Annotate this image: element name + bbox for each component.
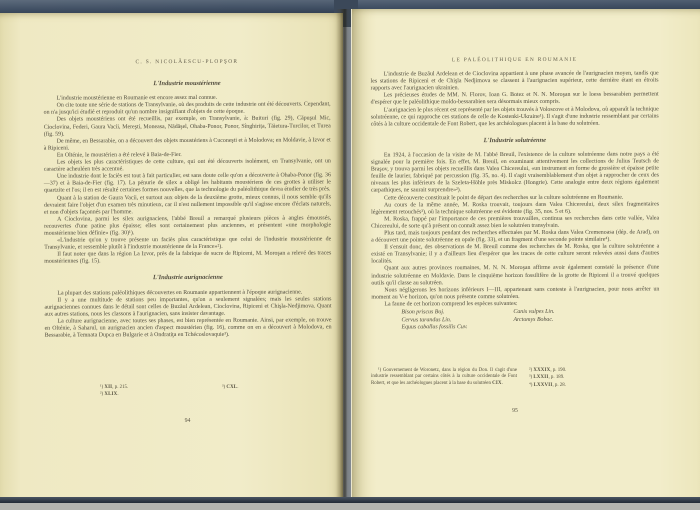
- footnote-column: ³) CXL.: [222, 385, 320, 400]
- paragraph: M. Roska, frappé par l'importance de ces…: [371, 215, 659, 230]
- left-page-number: 94: [44, 418, 331, 424]
- right-running-head: LE PALÉOLITHIQUE EN ROUMANIE: [371, 56, 659, 64]
- paragraph: A Cioclovina, parmi les silex aurignacie…: [44, 215, 331, 238]
- paragraph: En 1924, à l'occasion de la visite de M.…: [371, 151, 659, 195]
- footnote: ⁴) LXXVII, p. 28.: [529, 383, 659, 389]
- left-footnotes: ¹) XII, p. 215. ²) XLIX. ³) CXL.: [100, 385, 320, 400]
- footnote-column: ¹) Gouvernement de Woronetz, dans la rég…: [371, 368, 517, 390]
- fauna-species-list: Bison priscus Boj. Canis vulpes Lin. Cer…: [401, 308, 659, 331]
- footnote: ¹) XII, p. 215.: [100, 385, 222, 391]
- paragraph: Les objets les plus caractéristiques de …: [44, 158, 331, 173]
- footnote: ³) CXL.: [222, 385, 320, 391]
- left-running-head: C. S. NICOLĂESCU-PLOPŞOR: [43, 58, 330, 66]
- paragraph: Des objets moustériens ont été recueilli…: [44, 116, 331, 139]
- section-title-mousterienne: L'Industrie moustérienne: [43, 79, 330, 87]
- paragraph: De même, en Bessarabie, on a découvert d…: [44, 137, 331, 152]
- species-name: Equus caballus fossilis Cuv.: [401, 324, 513, 332]
- species-name: [513, 323, 659, 331]
- scan-background: [0, 503, 700, 510]
- right-page: LE PALÉOLITHIQUE EN ROUMANIE L'industrie…: [351, 9, 700, 502]
- paragraph: Quant aux autres provinces roumaines, M.…: [371, 265, 659, 287]
- section-title-solutreenne: L'Industrie solutréenne: [371, 136, 659, 144]
- book-scan: C. S. NICOLĂESCU-PLOPŞOR L'Industrie mou…: [0, 0, 700, 510]
- footnote: ¹) Gouvernement de Woronetz, dans la rég…: [371, 368, 517, 386]
- footnote-column: ¹) XII, p. 215. ²) XLIX.: [100, 385, 222, 400]
- left-page-text: C. S. NICOLĂESCU-PLOPŞOR L'Industrie mou…: [43, 58, 331, 339]
- paragraph: Il faut noter que dans la région La Izvo…: [44, 251, 331, 266]
- paragraph: La culture aurignacienne, avec toutes se…: [45, 317, 332, 340]
- paragraph: «L'industrie qu'on y trouve présente un …: [44, 236, 331, 251]
- paragraph: Il y a une multitude de stations peu imp…: [44, 296, 331, 319]
- footnote: ²) XLIX.: [100, 392, 222, 398]
- paragraph: Nous négligerons les horizons inférieurs…: [371, 286, 659, 301]
- species-row: Equus caballus fossilis Cuv.: [401, 323, 659, 331]
- left-page: C. S. NICOLĂESCU-PLOPŞOR L'Industrie mou…: [0, 13, 343, 502]
- paragraph: Au cours de la même année, M. Roska trou…: [371, 201, 659, 216]
- right-footnotes: ¹) Gouvernement de Woronetz, dans la rég…: [371, 368, 659, 390]
- paragraph: L'industrie de Buzăul Ardelean et de Cio…: [371, 71, 659, 93]
- section-title-aurignacienne: L'Industrie aurignacienne: [44, 274, 331, 282]
- paragraph: Quant à la station de Gaura Vacii, et su…: [44, 194, 331, 217]
- paragraph: L'aurignacien le plus récent est représe…: [371, 106, 659, 128]
- right-page-number: 95: [371, 408, 659, 414]
- footnote-column: ²) XXXIX, p. 190. ³) LXXII, p. 189. ⁴) L…: [529, 368, 659, 390]
- footnote: ²) XXXIX, p. 190.: [529, 368, 659, 374]
- paragraph: Les précieuses études de MM. N. Florov, …: [371, 92, 659, 107]
- book-gutter-shadow: [336, 9, 354, 502]
- paragraph: Plus tard, mais toujours pendant des rec…: [371, 229, 659, 244]
- paragraph: Il s'ensuit donc, des observations de M.…: [371, 244, 659, 266]
- paragraph: La faune de cet horizon comprend les esp…: [371, 300, 659, 308]
- footnote: ³) LXXII, p. 189.: [529, 375, 659, 381]
- paragraph: Une industrie dont le faciès est tout à …: [44, 173, 331, 196]
- right-page-text: LE PALÉOLITHIQUE EN ROUMANIE L'industrie…: [371, 56, 660, 332]
